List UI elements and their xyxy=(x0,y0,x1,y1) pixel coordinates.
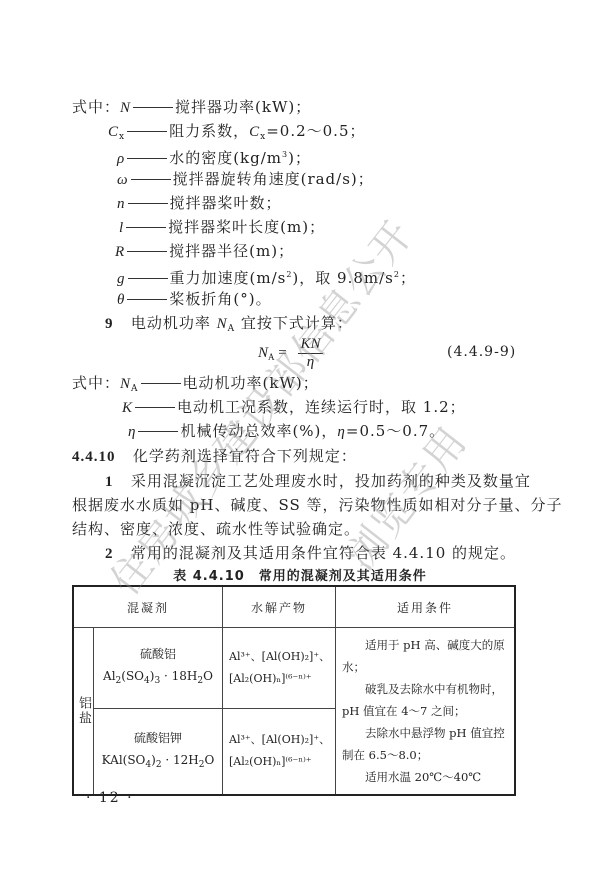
definition-text: 搅拌器功率(kW)； xyxy=(175,98,311,116)
definition-text: 搅拌器旋转角速度(rad/s)； xyxy=(173,170,374,188)
definition-text: =0.2～0.5； xyxy=(266,122,365,140)
conditions-cell: 适用于 pH 高、碱度大的原水； 破乳及去除水中有机物时，pH 值宜在 4～7 … xyxy=(336,628,516,796)
def-omega: ω搅拌器旋转角速度(rad/s)； xyxy=(117,169,374,190)
reagent-cell: 硫酸铝 Al2(SO4)3 · 18H2O xyxy=(94,628,223,709)
table-header-row: 混凝剂 水解产物 适用条件 xyxy=(73,586,515,628)
equation-number: (4.4.9-9) xyxy=(447,344,516,360)
em-dash xyxy=(128,278,168,279)
definition-text: 阻力系数， xyxy=(169,122,249,140)
def-l: l搅拌器桨叶长度(m)； xyxy=(119,217,325,238)
definition-text: 重力加速度(m/s xyxy=(170,269,287,287)
condition-line: 适用水温 20℃～40℃ xyxy=(342,766,508,788)
definition-text: 桨板折角(°)。 xyxy=(169,290,271,308)
em-dash xyxy=(141,383,181,384)
symbol: η xyxy=(128,422,136,442)
section-title: 化学药剂选择宜符合下列规定： xyxy=(133,447,357,465)
symbol: R xyxy=(115,242,125,262)
reagent-formula: KAl(SO4)2 · 12H2O xyxy=(94,749,222,776)
item-text: 宜按下式计算： xyxy=(235,314,353,332)
item-text: 电动机功率 xyxy=(131,314,217,332)
em-dash xyxy=(131,179,171,180)
em-dash xyxy=(127,299,167,300)
section-item-1-line-2: 根据废水水质如 pH、碱度、SS 等，污染物性质如相对分子量、分子 xyxy=(72,495,563,515)
section-heading: 4.4.10 化学药剂选择宜符合下列规定： xyxy=(72,446,357,467)
em-dash xyxy=(127,131,167,132)
coagulant-table: 混凝剂 水解产物 适用条件 铝盐 硫酸铝 Al2(SO4)3 · 18H2O A… xyxy=(72,585,516,796)
def-g: g重力加速度(m/s2)，取 9.8m/s2； xyxy=(117,265,416,289)
formula-lhs: N xyxy=(258,345,268,362)
condition-line: 去除水中悬浮物 pH 值宜控制在 6.5～8.0； xyxy=(342,722,508,766)
symbol: η xyxy=(337,422,345,442)
reagent-name: 硫酸铝 xyxy=(94,643,222,665)
hydrolysis-line: [Al₂(OH)ₙ]⁽⁶⁻ⁿ⁾⁺ xyxy=(229,751,335,773)
reagent-name: 硫酸铝钾 xyxy=(94,727,222,749)
category-cell: 铝盐 xyxy=(73,628,94,796)
condition-line: 适用于 pH 高、碱度大的原水； xyxy=(342,634,508,678)
fraction: KNη xyxy=(298,336,322,371)
symbol: g xyxy=(117,269,126,289)
subscript: x xyxy=(119,132,125,142)
em-dash xyxy=(138,431,178,432)
em-dash xyxy=(133,107,173,108)
definition-text: 搅拌器桨叶长度(m)； xyxy=(168,218,325,236)
em-dash xyxy=(126,227,166,228)
definition-text: )，取 9.8m/s xyxy=(292,269,393,287)
reagent-cell: 硫酸铝钾 KAl(SO4)2 · 12H2O xyxy=(94,708,223,795)
symbol: l xyxy=(119,218,124,238)
def-rho: ρ水的密度(kg/m3)； xyxy=(117,145,311,169)
page-number: · 12 · xyxy=(86,790,134,806)
symbol: ω xyxy=(117,170,129,190)
where-label: 式中： xyxy=(72,374,120,392)
definition-text: 搅拌器半径(m)； xyxy=(169,242,294,260)
definition-text: 机械传动总效率(%)， xyxy=(180,422,337,440)
where-label: 式中： xyxy=(72,98,120,116)
definition-text: 搅拌器桨叶数； xyxy=(170,194,282,212)
item-number: 2 xyxy=(105,546,114,562)
hydrolysis-line: [Al₂(OH)ₙ]⁽⁶⁻ⁿ⁾⁺ xyxy=(229,668,335,690)
subscript: A xyxy=(228,324,236,334)
hydrolysis-cell: Al³⁺、[Al(OH)₂]⁺、 [Al₂(OH)ₙ]⁽⁶⁻ⁿ⁾⁺ xyxy=(223,628,336,709)
def-n: n搅拌器桨叶数； xyxy=(117,193,282,214)
definition-text: =0.5～0.7。 xyxy=(346,422,445,440)
section-item-2: 2 常用的混凝剂及其适用条件宜符合表 4.4.10 的规定。 xyxy=(105,543,516,564)
def-NA: 式中：NA电动机功率(kW)； xyxy=(72,373,319,399)
condition-line: 破乳及去除水中有机物时，pH 值宜在 4～7 之间； xyxy=(342,678,508,722)
symbol: C xyxy=(249,122,260,142)
symbol: N xyxy=(120,98,131,118)
item-number: 1 xyxy=(105,474,114,490)
symbol: C xyxy=(108,122,119,142)
em-dash xyxy=(135,407,175,408)
item-number: 9 xyxy=(105,316,114,332)
header-coagulant: 混凝剂 xyxy=(73,586,223,628)
equals-sign: = xyxy=(275,345,291,361)
hydrolysis-cell: Al³⁺、[Al(OH)₂]⁺、 [Al₂(OH)ₙ]⁽⁶⁻ⁿ⁾⁺ xyxy=(223,708,336,795)
def-theta: θ桨板折角(°)。 xyxy=(117,289,272,310)
hydrolysis-line: Al³⁺、[Al(OH)₂]⁺、 xyxy=(229,646,335,668)
symbol: θ xyxy=(117,290,125,310)
definition-text: 电动机工况系数，连续运行时，取 1.2； xyxy=(177,398,466,416)
symbol: N xyxy=(120,374,131,394)
definition-text: ； xyxy=(400,269,416,287)
def-Cx: Cx阻力系数，Cx=0.2～0.5； xyxy=(108,121,365,147)
subscript: A xyxy=(131,384,139,394)
section-item-1-line-1: 1 采用混凝沉淀工艺处理废水时，投加药剂的种类及数量宜 xyxy=(105,471,531,492)
section-number: 4.4.10 xyxy=(72,449,116,465)
em-dash xyxy=(128,203,168,204)
hydrolysis-line: Al³⁺、[Al(OH)₂]⁺、 xyxy=(229,729,335,751)
numerator: KN xyxy=(298,336,322,354)
header-hydrolysis: 水解产物 xyxy=(223,586,336,628)
reagent-formula: Al2(SO4)3 · 18H2O xyxy=(94,665,222,692)
def-N: 式中：N搅拌器功率(kW)； xyxy=(72,97,311,118)
table-caption: 表 4.4.10 常用的混凝剂及其适用条件 xyxy=(0,565,600,584)
em-dash xyxy=(127,158,167,159)
paragraph-text: 采用混凝沉淀工艺处理废水时，投加药剂的种类及数量宜 xyxy=(131,472,531,490)
section-item-1-line-3: 结构、密度、浓度、疏水性等试验确定。 xyxy=(72,519,360,539)
def-R: R搅拌器半径(m)； xyxy=(115,241,294,262)
em-dash xyxy=(127,251,167,252)
definition-text: 电动机功率(kW)； xyxy=(183,374,319,392)
symbol: n xyxy=(117,194,126,214)
def-K: K电动机工况系数，连续运行时，取 1.2； xyxy=(122,397,466,418)
paragraph-text: 常用的混凝剂及其适用条件宜符合表 4.4.10 的规定。 xyxy=(131,544,516,562)
def-eta: η机械传动总效率(%)，η=0.5～0.7。 xyxy=(128,421,445,442)
denominator: η xyxy=(298,354,322,371)
symbol: K xyxy=(122,398,133,418)
document-page: 式中：N搅拌器功率(kW)； Cx阻力系数，Cx=0.2～0.5； ρ水的密度(… xyxy=(0,0,600,870)
table-row: 铝盐 硫酸铝 Al2(SO4)3 · 18H2O Al³⁺、[Al(OH)₂]⁺… xyxy=(73,628,515,709)
symbol: ρ xyxy=(117,149,125,169)
formula: NA = KNη xyxy=(258,336,323,371)
definition-text: 水的密度(kg/m xyxy=(169,149,282,167)
header-conditions: 适用条件 xyxy=(336,586,516,628)
symbol: N xyxy=(217,314,228,334)
definition-text: )； xyxy=(288,149,311,167)
